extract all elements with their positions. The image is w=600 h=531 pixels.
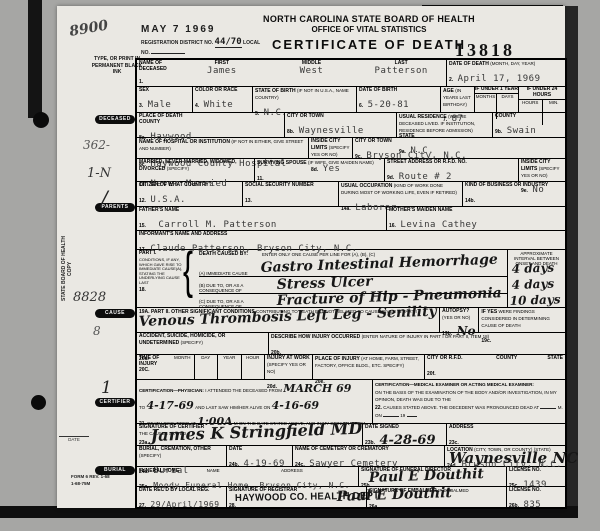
- row-accident: ACCIDENT, SUICIDE, HOMICIDE, OR UNDETERM…: [137, 333, 565, 355]
- birth-state-label: STATE OF BIRTH: [255, 88, 296, 94]
- injury-loc-num: 20f.: [427, 371, 436, 377]
- citizen-value: U.S.A.: [150, 195, 186, 205]
- cause-conditions-note: PART I. CONDITIONS, IF ANY, WHICH GAVE R…: [137, 250, 199, 307]
- row-marital: MARRIED, NEVER MARRIED, WIDOWED, DIVORCE…: [137, 159, 565, 182]
- field-certification-physician: CERTIFICATION—PHYSICIAN: I ATTENDED THE …: [137, 380, 373, 423]
- handwritten-mark-5: 8: [93, 324, 101, 338]
- punch-hole-bottom: [31, 395, 46, 410]
- field-certifier-address: ADDRESS 23c. Waynesville NC: [447, 424, 565, 445]
- fd-lic-label: LICENSE NO.: [509, 468, 563, 474]
- interval-b: 4 days: [512, 277, 555, 292]
- phys-alive-value: 4-16-69: [272, 399, 319, 412]
- field-race: COLOR OR RACE 4. White: [193, 87, 253, 112]
- field-injury-location: CITY OR R.F.D. COUNTY STATE 20f.: [425, 355, 565, 379]
- field-citizen: CITIZEN OF WHAT COUNTRY? 12. U.S.A.: [137, 182, 243, 206]
- phys-cert-t3: AND LAST SAW HIM/HER ALIVE ON: [195, 405, 270, 410]
- street-label: STREET ADDRESS OR R.F.D. No.: [387, 160, 516, 166]
- field-hospital: NAME OF HOSPITAL OR INSTITUTION (IF NOT …: [137, 138, 309, 158]
- district-no-line: REGISTRATION DISTRICT NO. 44/70 LOCAL NO…: [141, 37, 261, 56]
- cem-loc-sub1: (CITY, TOWN, OR COUNTY): [474, 447, 532, 452]
- cause-lines: DEATH CAUSED BY: ENTER ONLY ONE CAUSE PE…: [199, 250, 507, 307]
- injury-county-label: COUNTY: [483, 356, 530, 362]
- date-recd-value: 29/April/1969: [150, 500, 219, 509]
- me-blank-1: [540, 404, 556, 409]
- row-cause-part1: PART I. CONDITIONS, IF ANY, WHICH GAVE R…: [137, 250, 565, 308]
- pod-city-label: CITY OR TOWN: [287, 114, 394, 120]
- under1-label: IF UNDER 1 YEAR: [475, 87, 518, 94]
- informant-label: INFORMANT'S NAME AND ADDRESS: [139, 232, 563, 238]
- field-cemetery-location: LOCATION (CITY, TOWN, OR COUNTY) (STATE)…: [445, 446, 565, 466]
- district-label: REGISTRATION DISTRICT NO.: [141, 40, 213, 46]
- field-marital-status: MARRIED, NEVER MARRIED, WIDOWED, DIVORCE…: [137, 159, 255, 181]
- sex-num: 3.: [139, 103, 143, 109]
- row-cause-part2: 19a. PART II. OTHER SIGNIFICANT CONDITIO…: [137, 308, 565, 333]
- tab-deceased: DECEASED: [95, 115, 135, 124]
- row-place: PLACE OF DEATH COUNTY 8a. Haywood CITY O…: [137, 113, 565, 138]
- spouse-label: SURVIVING SPOUSE: [257, 160, 307, 166]
- certificate-form: NAME OF DECEASED 1. FIRST James MIDDLE W…: [135, 58, 567, 509]
- dob-value: 5-20-81: [368, 100, 409, 110]
- agency-office: OFFICE OF VITAL STATISTICS: [235, 25, 503, 34]
- phys-to-value: 4-17-69: [146, 399, 193, 412]
- spouse-sub: (IF WIFE, GIVE MAIDEN NAME): [308, 160, 374, 165]
- father-label: FATHER'S NAME: [139, 208, 384, 214]
- autopsy-label: AUTOPSY?: [442, 308, 469, 314]
- under24-label: IF UNDER 24 HOURS: [519, 87, 565, 100]
- field-burial: BURIAL, CREMATION, OTHER (SPECIFY) 24a. …: [137, 446, 227, 466]
- interval-a: 4 days: [512, 261, 555, 276]
- emb-lic-num: 26b.: [509, 503, 519, 509]
- field-if-under-1-year: IF UNDER 1 YEAR MONTHS DAYS: [475, 87, 519, 112]
- death-caused-by-label: DEATH CAUSED BY:: [199, 252, 248, 258]
- funeral-home-sub2: ADDRESS: [281, 468, 303, 473]
- injury-work-label: INJURY AT WORK: [267, 355, 310, 361]
- injury-city-label: CITY OR R.F.D.: [427, 356, 483, 362]
- row-vitals: SEX 3. Male COLOR OR RACE 4. White STATE…: [137, 87, 565, 113]
- injury-month: MONTH: [171, 355, 195, 379]
- interval-column: APPROXIMATE INTERVAL BETWEEN ONSET AND D…: [507, 250, 565, 307]
- field-mother: MOTHER'S MAIDEN NAME 16. Levina Cathey: [387, 207, 565, 230]
- mother-label: MOTHER'S MAIDEN NAME: [389, 208, 563, 214]
- name-num: 1.: [139, 79, 143, 85]
- field-cemetery: NAME OF CEMETERY OR CREMATORY 24c. Sawye…: [293, 446, 445, 466]
- mother-num: 16.: [389, 223, 396, 229]
- registration-stamp: MAY 7 1969 REGISTRATION DISTRICT NO. 44/…: [141, 24, 261, 56]
- field-age: AGE (IN YEARS LAST BIRTHDAY) 7. 87: [441, 87, 475, 112]
- funeral-home-sub1: NAME: [207, 468, 220, 473]
- local-no-blank: [151, 47, 185, 54]
- age-label: AGE: [443, 88, 454, 94]
- row-funeral-home: FUNERAL HOME NAME ADDRESS 25a. Moody Fun…: [137, 467, 565, 487]
- field-date-received: DATE REC'D BY LOCAL REG. 27. 29/April/19…: [137, 487, 227, 507]
- field-place-of-injury: PLACE OF INJURY (AT HOME, FARM, STREET, …: [313, 355, 425, 379]
- field-embalmer-signature: SIGNATURE OF EMBALMER IF EMBALMED 26a. P…: [367, 487, 507, 507]
- signature-num: 23a.: [139, 440, 149, 446]
- margin-date-tick: DATE: [59, 436, 89, 442]
- row-informant: INFORMANT'S NAME AND ADDRESS 17. Claude …: [137, 231, 565, 250]
- phys-from-value: March 69: [283, 382, 351, 395]
- injury-time-label: TIME OF INJURY: [139, 355, 159, 367]
- industry-num: 14b.: [465, 198, 475, 204]
- mother-value: Levina Cathey: [400, 220, 477, 230]
- field-funeral-director-signature: SIGNATURE OF FUNERAL DIRECTOR 25b. Paul …: [359, 467, 507, 486]
- burial-label: BURIAL, CREMATION, OTHER: [139, 446, 211, 452]
- res-county-num: 9b.: [495, 129, 502, 135]
- handwritten-mark-6: 1: [101, 378, 112, 398]
- res-county-value: Swain: [507, 126, 537, 136]
- last-value: Patterson: [356, 66, 446, 76]
- field-residence-county: COUNTY 9b. Swain: [493, 113, 565, 137]
- row-hospital: NAME OF HOSPITAL OR INSTITUTION (IF NOT …: [137, 138, 565, 159]
- street-value: Route # 2: [399, 172, 452, 182]
- interval-c: 10 days: [510, 292, 561, 308]
- phys-cert-t1: I ATTENDED THE DECEASED FROM: [205, 388, 282, 393]
- handwritten-mark-1: 362-: [83, 138, 110, 152]
- emb-lic-label: LICENSE NO.: [509, 488, 563, 494]
- scan-edge-bar: [28, 0, 42, 118]
- injury-time-num: 20c.: [139, 367, 150, 373]
- cause-a-pre: (a): [199, 271, 205, 276]
- field-place-of-death-county: PLACE OF DEATH COUNTY 8a. Haywood: [137, 113, 285, 137]
- cemetery-label: NAME OF CEMETERY OR CREMATORY: [295, 447, 442, 453]
- conditions-text: CONDITIONS, IF ANY, WHICH GAVE RISE TO I…: [139, 258, 183, 286]
- field-embalmer-license: LICENSE NO. 26b. 835: [507, 487, 565, 507]
- field-sex: SEX 3. Male: [137, 87, 193, 112]
- field-residence-city: CITY OR TOWN 9c. Bryson City, N.C.: [353, 138, 565, 158]
- me-cert-title: CERTIFICATION—MEDICAL EXAMINER OR ACTING…: [375, 382, 534, 387]
- pod-county-label: COUNTY: [139, 120, 282, 126]
- cause-a-label: IMMEDIATE CAUSE: [206, 271, 247, 276]
- cem-loc-sub2: (STATE): [534, 447, 551, 452]
- name-middle: MIDDLE West: [267, 60, 357, 86]
- field-funeral-home: FUNERAL HOME NAME ADDRESS 25a. Moody Fun…: [137, 467, 359, 486]
- cause-b-label: DUE TO, OR AS A CONSEQUENCE OF: [199, 283, 243, 293]
- field-surviving-spouse: SURVIVING SPOUSE (IF WIFE, GIVE MAIDEN N…: [255, 159, 385, 181]
- date-recd-num: 27.: [139, 503, 146, 509]
- row-signature: SIGNATURE OF CERTIFIER 23a. James K Stri…: [137, 424, 565, 446]
- name-last: LAST Patterson: [356, 60, 446, 86]
- emb-lic-value: 835: [523, 500, 541, 510]
- district-value: 44/70: [215, 37, 242, 48]
- dod-sub: (MONTH, DAY, YEAR): [490, 61, 535, 66]
- dod-label: DATE OF DEATH: [449, 61, 489, 67]
- punch-hole-top: [33, 112, 49, 128]
- sex-value: Male: [148, 100, 172, 110]
- me-cert-t4: 19: [400, 413, 405, 418]
- injury-state-label: STATE: [530, 356, 563, 362]
- certificate-paper: NORTH CAROLINA STATE BOARD OF HEALTH OFF…: [57, 6, 565, 508]
- pod-city-num: 8b.: [287, 129, 294, 135]
- field-date-of-death: DATE OF DEATH (MONTH, DAY, YEAR) 2. Apri…: [447, 60, 565, 86]
- field-state-of-birth: STATE OF BIRTH (IF NOT IN U.S.A., NAME C…: [253, 87, 357, 112]
- middle-value: West: [267, 66, 357, 76]
- findings-label: IF YES: [481, 309, 497, 315]
- describe-sub: (ENTER NATURE OF INJURY IN PART I OR PAR…: [362, 334, 490, 339]
- phys-cert-t2: TO: [139, 405, 145, 410]
- field-name-of-deceased: NAME OF DECEASED 1. FIRST James MIDDLE W…: [137, 60, 447, 86]
- field-informant: INFORMANT'S NAME AND ADDRESS 17. Claude …: [137, 231, 565, 249]
- pod-city-value: Waynesville: [299, 126, 364, 136]
- address-label: ADDRESS: [449, 425, 563, 431]
- emb-sig-value: Paul E Douthit: [336, 485, 452, 505]
- row-name: NAME OF DECEASED 1. FIRST James MIDDLE W…: [137, 60, 565, 87]
- handwritten-mark-4: 8828: [73, 290, 106, 305]
- race-num: 4.: [195, 103, 199, 109]
- dob-num: 6.: [359, 103, 363, 109]
- phys-cert-title: CERTIFICATION—PHYSICIAN:: [139, 388, 204, 393]
- field-part2-conditions: 19a. PART II. OTHER SIGNIFICANT CONDITIO…: [137, 308, 440, 332]
- field-describe-injury: DESCRIBE HOW INJURY OCCURRED (ENTER NATU…: [269, 333, 565, 354]
- field-ssn: SOCIAL SECURITY NUMBER 13.: [243, 182, 339, 206]
- agency-name: NORTH CAROLINA STATE BOARD OF HEALTH: [235, 14, 503, 24]
- field-time-of-injury: TIME OF INJURY 20c. MONTH DAY YEAR HOUR: [137, 355, 265, 379]
- funeral-home-label: FUNERAL HOME: [139, 468, 179, 474]
- field-date-of-birth: DATE OF BIRTH 6. 5-20-81: [357, 87, 441, 112]
- spouse-num: 11.: [257, 176, 264, 182]
- row-registrar: DATE REC'D BY LOCAL REG. 27. 29/April/19…: [137, 487, 565, 507]
- row-certification: CERTIFICATION—PHYSICIAN: I ATTENDED THE …: [137, 380, 565, 424]
- father-num: 15.: [139, 223, 146, 229]
- ssn-label: SOCIAL SECURITY NUMBER: [245, 183, 336, 189]
- hospital-label: NAME OF HOSPITAL OR INSTITUTION: [139, 139, 230, 145]
- field-if-under-24-hours: IF UNDER 24 HOURS HOURS MIN.: [519, 87, 565, 112]
- handwritten-mark-2: 1-N: [87, 166, 111, 181]
- row-citizen: CITIZEN OF WHAT COUNTRY? 12. U.S.A. SOCI…: [137, 182, 565, 207]
- field-father: FATHER'S NAME 15. Carroll M. Patterson: [137, 207, 387, 230]
- row-injury: TIME OF INJURY 20c. MONTH DAY YEAR HOUR …: [137, 355, 565, 380]
- form-number: FORM 6 REV. 1-68 1-68-75M: [71, 474, 111, 488]
- me-blank-2: [383, 412, 399, 417]
- field-inside-city-limits-2: INSIDE CITY LIMITS (SPECIFY YES OR NO) 9…: [519, 159, 565, 181]
- field-burial-date: DATE 24b. 4-19-69: [227, 446, 293, 466]
- street-num: 9d.: [387, 175, 394, 181]
- field-certification-medical-examiner: CERTIFICATION—MEDICAL EXAMINER OR ACTING…: [373, 380, 565, 423]
- injury-year: YEAR: [218, 355, 242, 379]
- race-value: White: [204, 100, 234, 110]
- form-number-line1: FORM 6 REV. 1-68: [71, 474, 111, 481]
- tab-cause: CAUSE: [95, 309, 135, 318]
- date-signed-num: 23b.: [365, 440, 375, 446]
- tab-certifier: CERTIFIER: [95, 398, 135, 407]
- date-recd-label: DATE REC'D BY LOCAL REG.: [139, 488, 224, 494]
- name-first: FIRST James: [177, 60, 267, 86]
- field-residence-state: USUAL RESIDENCE (WHERE DECEASED LIVED. I…: [397, 113, 493, 137]
- ssn-num: 13.: [245, 198, 252, 204]
- res-city-label: CITY OR TOWN: [355, 139, 563, 145]
- copy-designation: STATE BOARD OF HEALTH COPY: [61, 234, 73, 304]
- scanned-death-certificate: { "doc": { "agency_line1": "NORTH CAROLI…: [0, 0, 600, 531]
- injury-day: DAY: [195, 355, 219, 379]
- emb-sig-num: 26a.: [369, 504, 379, 510]
- injury-place-label: PLACE OF INJURY: [315, 356, 360, 362]
- field-autopsy: AUTOPSY? (YES OR NO) 19b. No: [440, 308, 479, 332]
- describe-label: DESCRIBE HOW INJURY OCCURRED: [271, 334, 360, 340]
- field-funeral-director-license: LICENSE NO. 25c. 1439: [507, 467, 565, 486]
- field-occupation: USUAL OCCUPATION (KIND OF WORK DONE DURI…: [339, 182, 463, 206]
- row-parents: FATHER'S NAME 15. Carroll M. Patterson M…: [137, 207, 565, 231]
- stamp-date: MAY 7 1969: [141, 24, 261, 35]
- me-blank-3: [407, 412, 417, 417]
- accident-sub: (SPECIFY): [181, 340, 203, 345]
- first-value: James: [177, 66, 267, 76]
- industry-label: KIND OF BUSINESS OR INDUSTRY: [465, 183, 563, 189]
- me-cert-t1: ON THE BASIS OF THE EXAMINATION OF THE B…: [375, 390, 557, 403]
- autopsy-sub: (YES OR NO): [442, 315, 470, 320]
- part2-value: Venous Thrombosis Left Leg - Senility: [138, 303, 436, 329]
- father-value: Carroll M. Patterson: [158, 220, 276, 230]
- residence-label: USUAL RESIDENCE: [399, 114, 447, 120]
- dod-value: April 17, 1969: [458, 74, 541, 84]
- field-injury-at-work: INJURY AT WORK (SPECIFY YES OR NO) 20d.: [265, 355, 313, 379]
- field-inside-city-limits-1: INSIDE CITY LIMITS (SPECIFY YES OR NO) 8…: [309, 138, 353, 158]
- row-burial: BURIAL, CREMATION, OTHER (SPECIFY) 24a. …: [137, 446, 565, 467]
- handwritten-number-top: 8900: [68, 17, 109, 40]
- burial-date-label: DATE: [229, 447, 290, 453]
- name-label: NAME OF DECEASED: [139, 61, 175, 73]
- occupation-label: USUAL OCCUPATION: [341, 183, 392, 189]
- fd-sig-value: Paul E Douthit: [368, 466, 484, 486]
- injury-hour: HOUR: [242, 355, 265, 379]
- field-place-of-death-city: CITY OR TOWN 8b. Waynesville: [285, 113, 397, 137]
- citizen-num: 12.: [139, 198, 146, 204]
- handwritten-mark-3: /: [101, 186, 108, 210]
- burial-sub: (SPECIFY): [139, 453, 161, 458]
- citizen-label: CITIZEN OF WHAT COUNTRY?: [139, 183, 240, 189]
- field-signature-of-certifier: SIGNATURE OF CERTIFIER 23a. James K Stri…: [137, 424, 363, 445]
- field-date-signed: DATE SIGNED 23b. 4-28-69: [363, 424, 447, 445]
- cem-loc-label: LOCATION: [447, 447, 473, 453]
- name-columns: FIRST James MIDDLE West LAST Patterson: [177, 60, 446, 86]
- brace-glyph: {: [183, 246, 193, 297]
- field-industry: KIND OF BUSINESS OR INDUSTRY 14b.: [463, 182, 565, 206]
- dod-num: 2.: [449, 77, 453, 83]
- marital-sub: (SPECIFY): [167, 166, 189, 171]
- address-num: 23c.: [449, 440, 459, 446]
- field-street-address: STREET ADDRESS OR R.F.D. No. 9d. Route #…: [385, 159, 519, 181]
- injury-work-sub: (SPECIFY YES OR NO): [267, 362, 306, 374]
- field-accident: ACCIDENT, SUICIDE, HOMICIDE, OR UNDETERM…: [137, 333, 269, 354]
- me-cert-num: 22.: [375, 405, 382, 411]
- date-signed-label: DATE SIGNED: [365, 425, 444, 431]
- me-cert-t2: CAUSES STATED ABOVE. THE DECEDENT WAS PR…: [383, 405, 539, 410]
- form-number-line2: 1-68-75M: [71, 481, 111, 488]
- res-county-label: COUNTY: [495, 114, 563, 120]
- field-autopsy-findings: IF YES WERE FINDINGS CONSIDERED IN DETER…: [479, 308, 565, 332]
